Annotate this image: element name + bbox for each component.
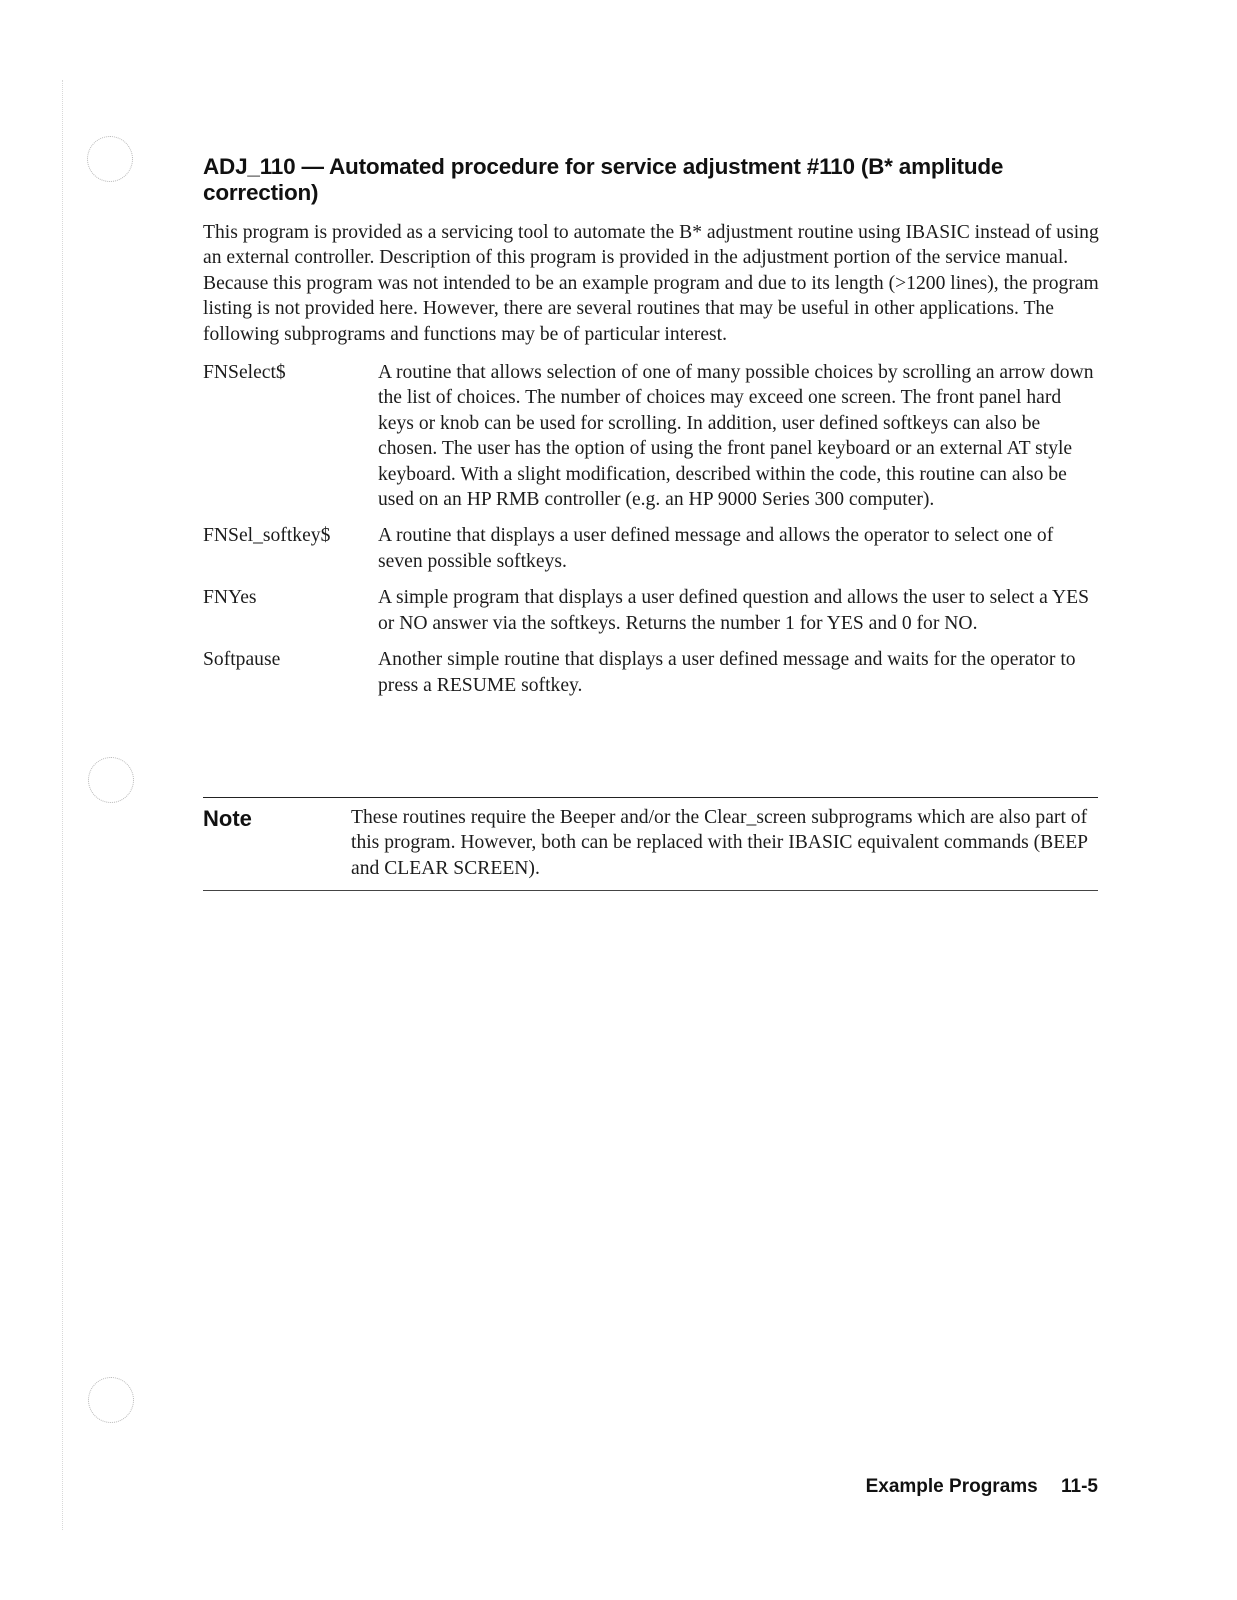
routine-description: A routine that displays a user defined m… <box>378 523 1101 574</box>
routine-name: FNSel_softkey$ <box>203 523 378 574</box>
routine-description: A simple program that displays a user de… <box>378 585 1101 636</box>
routine-item: FNSel_softkey$ A routine that displays a… <box>203 523 1101 574</box>
footer-section-name: Example Programs <box>866 1476 1038 1497</box>
routine-description: Another simple routine that displays a u… <box>378 647 1101 698</box>
note-text: These routines require the Beeper and/or… <box>351 805 1098 881</box>
page-number: 11-5 <box>1061 1476 1098 1497</box>
note-callout: Note These routines require the Beeper a… <box>203 797 1098 891</box>
note-label: Note <box>203 805 351 881</box>
page-content: ADJ_110 — Automated procedure for servic… <box>203 154 1101 709</box>
routine-list: FNSelect$ A routine that allows selectio… <box>203 360 1101 698</box>
punch-hole-top <box>87 136 133 182</box>
section-title: ADJ_110 — Automated procedure for servic… <box>203 154 1101 206</box>
punch-hole-middle <box>88 757 134 803</box>
routine-item: Softpause Another simple routine that di… <box>203 647 1101 698</box>
intro-paragraph: This program is provided as a servicing … <box>203 220 1101 347</box>
page-footer: Example Programs 11-5 <box>866 1476 1098 1498</box>
punch-hole-bottom <box>88 1377 134 1423</box>
routine-description: A routine that allows selection of one o… <box>378 360 1101 512</box>
margin-scan-marks <box>62 80 65 1530</box>
routine-item: FNYes A simple program that displays a u… <box>203 585 1101 636</box>
routine-name: FNSelect$ <box>203 360 378 512</box>
routine-name: Softpause <box>203 647 378 698</box>
routine-item: FNSelect$ A routine that allows selectio… <box>203 360 1101 512</box>
routine-name: FNYes <box>203 585 378 636</box>
